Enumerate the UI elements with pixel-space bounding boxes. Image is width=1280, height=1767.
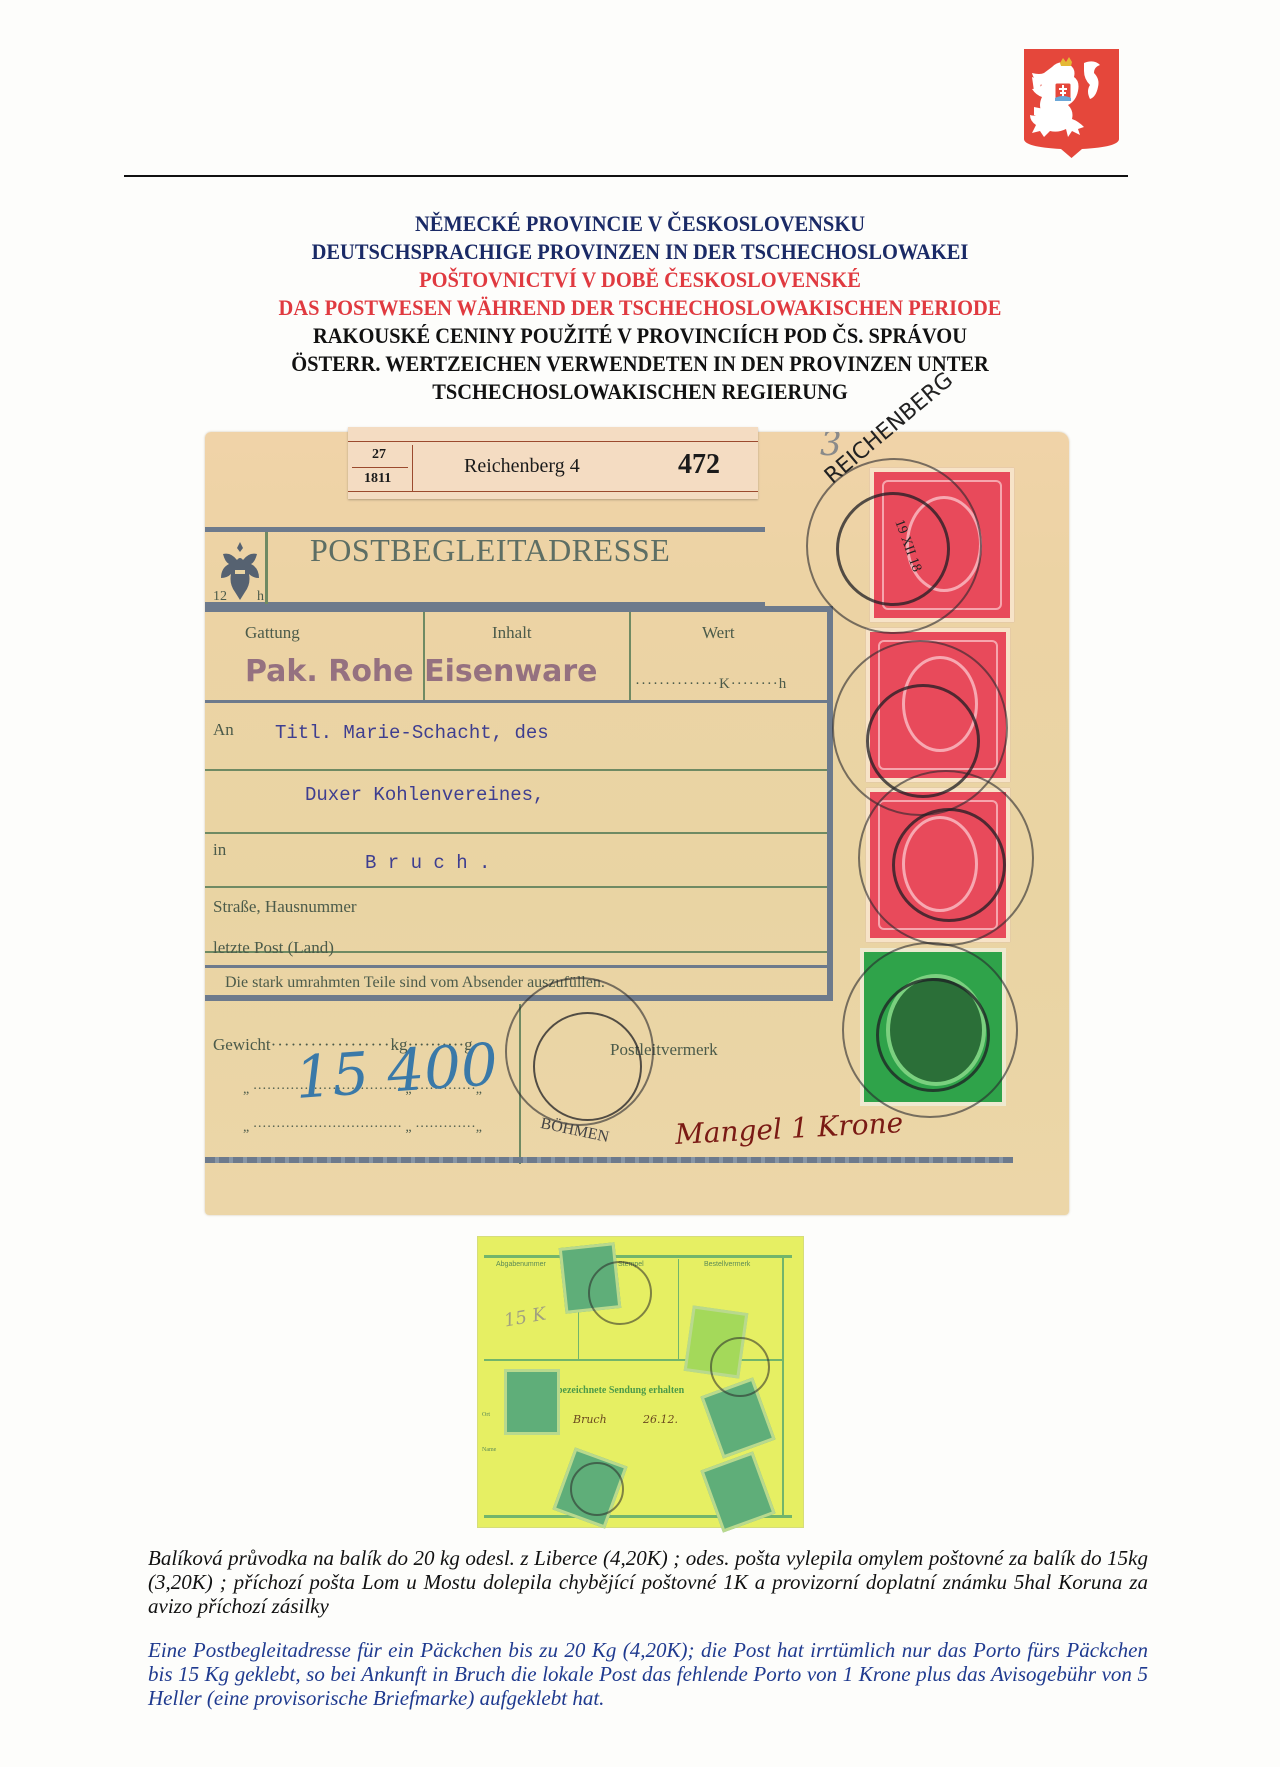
column-header-gattung: Gattung xyxy=(245,623,300,643)
column-header-inhalt: Inhalt xyxy=(492,623,532,643)
thumb-receipt-text: Die bezeichnete Sendung erhalten xyxy=(540,1385,684,1396)
title-czech-1: NĚMECKÉ PROVINCIE V ČESKOSLOVENSKU xyxy=(45,212,1235,236)
caption-czech: Balíková průvodka na balík do 20 kg odes… xyxy=(148,1546,1148,1618)
thumb-pencil-weight: 15 K xyxy=(502,1304,547,1332)
label-last-post: letzte Post (Land) xyxy=(213,938,334,958)
label-number: 472 xyxy=(678,449,720,481)
title-german-1: DEUTSCHSPRACHIGE PROVINZEN IN DER TSCHEC… xyxy=(45,240,1235,264)
handwritten-note: Mangel 1 Krone xyxy=(674,1106,904,1151)
thumb-header-1: Abgabenummer xyxy=(496,1261,546,1268)
caption-german: Eine Postbegleitadresse für ein Päckchen… xyxy=(148,1638,1148,1710)
thumb-handwritten-date: 26.12. xyxy=(643,1413,678,1426)
thumb-postmark-bruch xyxy=(588,1261,652,1325)
indicia-value-right: h xyxy=(257,589,264,605)
label-street: Straße, Hausnummer xyxy=(213,897,357,917)
handwritten-weight: 15 400 xyxy=(293,1030,500,1112)
address-city: B r u c h . xyxy=(365,852,490,874)
thumb-label-name: Name xyxy=(482,1447,496,1453)
content-rubber-stamp: Pak. Rohe Eisenware xyxy=(245,654,598,689)
thumb-stamp-20-2 xyxy=(504,1369,560,1435)
thumb-handwritten-place: Bruch xyxy=(573,1413,607,1426)
label-num-top: 27 xyxy=(372,447,386,463)
address-line-2: Duxer Kohlenvereines, xyxy=(305,784,544,806)
registration-label: 27 1811 Reichenberg 4 472 xyxy=(348,427,758,499)
label-an: An xyxy=(213,720,234,740)
form-title: POSTBEGLEITADRESSE xyxy=(310,532,670,569)
thumb-header-3: Bestellvermerk xyxy=(704,1261,750,1268)
label-office: Reichenberg 4 xyxy=(464,455,580,478)
receipt-card-thumbnail: Abgabenummer Stempel Bestellvermerk Die … xyxy=(477,1236,804,1528)
ditto-row-2: „ ································ „ ···… xyxy=(243,1120,482,1136)
thumb-stamp-20-5 xyxy=(700,1451,775,1532)
thumb-label-ort: Ort xyxy=(482,1412,490,1418)
indicia-value-left: 12 xyxy=(213,589,227,605)
czechoslovak-coat-of-arms-icon xyxy=(1022,47,1121,159)
address-line-1: Titl. Marie-Schacht, des xyxy=(275,722,549,744)
wert-dotted-k: ··············K········h xyxy=(635,676,787,693)
header-divider xyxy=(124,175,1128,177)
title-german-3-cont: TSCHECHOSLOWAKISCHEN REGIERUNG xyxy=(45,380,1235,404)
title-german-3: ÖSTERR. WERTZEICHEN VERWENDETEN IN DEN P… xyxy=(45,352,1235,376)
title-czech-2: POŠTOVNICTVÍ V DOBĚ ČESKOSLOVENSKÉ xyxy=(45,268,1235,292)
column-header-wert: Wert xyxy=(702,623,735,643)
label-in: in xyxy=(213,840,226,860)
title-czech-3: RAKOUSKÉ CENINY POUŽITÉ V PROVINCIÍCH PO… xyxy=(45,324,1235,348)
title-german-2: DAS POSTWESEN WÄHREND DER TSCHECHOSLOWAK… xyxy=(45,296,1235,320)
label-num-bottom: 1811 xyxy=(364,471,391,487)
